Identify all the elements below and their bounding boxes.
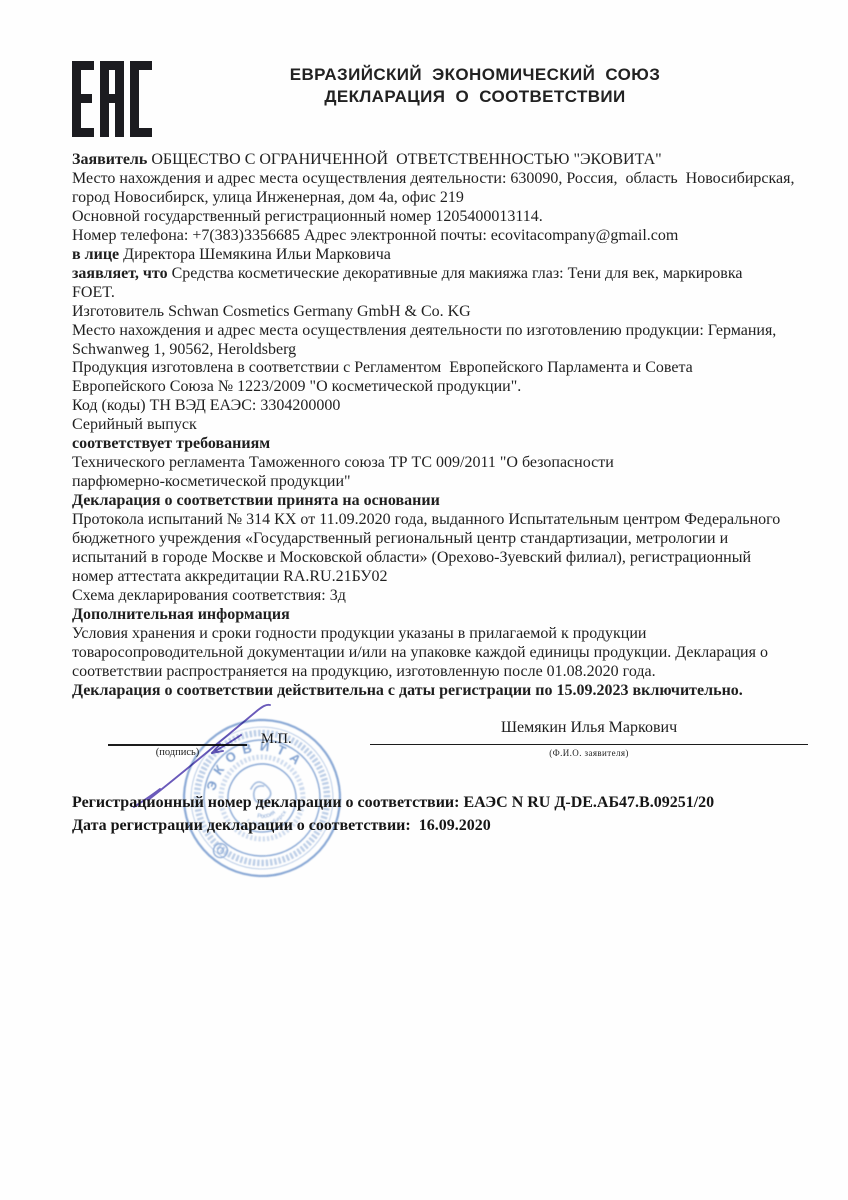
union-name-title: ЕВРАЗИЙСКИЙ ЭКОНОМИЧЕСКИЙ СОЮЗ (225, 64, 725, 86)
document-line: парфюмерно-косметической продукции" (72, 473, 824, 492)
document-text-bold: Декларация о соответствии принята на осн… (72, 492, 440, 509)
document-text: испытаний в городе Москве и Московской о… (72, 549, 751, 566)
document-line: город Новосибирск, улица Инженерная, дом… (72, 189, 824, 208)
document-text-bold: в лице (72, 246, 119, 263)
document-text: Продукция изготовлена в соответствии с Р… (72, 359, 693, 376)
document-line: Код (коды) ТН ВЭД ЕАЭС: 3304200000 (72, 397, 824, 416)
document-text: Номер телефона: +7(383)3356685 Адрес эле… (72, 227, 678, 244)
document-text: ОБЩЕСТВО С ОГРАНИЧЕННОЙ ОТВЕТСТВЕННОСТЬЮ… (147, 151, 661, 168)
document-line: Заявитель ОБЩЕСТВО С ОГРАНИЧЕННОЙ ОТВЕТС… (72, 151, 824, 170)
document-line: Место нахождения и адрес места осуществл… (72, 170, 824, 189)
registration-date-line: Дата регистрации декларации о соответств… (72, 814, 824, 837)
document-text-bold: Дополнительная информация (72, 606, 290, 623)
document-line: Декларация о соответствии принята на осн… (72, 492, 824, 511)
document-text: FOET. (72, 284, 115, 301)
document-text: Протокола испытаний № 314 КХ от 11.09.20… (72, 511, 780, 528)
document-header: ЕВРАЗИЙСКИЙ ЭКОНОМИЧЕСКИЙ СОЮЗ ДЕКЛАРАЦИ… (225, 64, 725, 108)
document-line: Условия хранения и сроки годности продук… (72, 625, 824, 644)
document-line: Номер телефона: +7(383)3356685 Адрес эле… (72, 227, 824, 246)
document-line: Изготовитель Schwan Cosmetics Germany Gm… (72, 303, 824, 322)
document-text: Европейского Союза № 1223/2009 "О космет… (72, 378, 521, 395)
document-line: Место нахождения и адрес места осуществл… (72, 322, 824, 341)
document-line: Schwanweg 1, 90562, Heroldsberg (72, 341, 824, 360)
document-text: Условия хранения и сроки годности продук… (72, 625, 646, 642)
applicant-name-line (370, 744, 808, 745)
document-text: парфюмерно-косметической продукции" (72, 473, 351, 490)
document-text: Изготовитель Schwan Cosmetics Germany Gm… (72, 303, 471, 320)
document-text: Основной государственный регистрационный… (72, 208, 543, 225)
document-text: товаросопроводительной документации и/ил… (72, 644, 768, 661)
document-line: Протокола испытаний № 314 КХ от 11.09.20… (72, 511, 824, 530)
document-line: испытаний в городе Москве и Московской о… (72, 549, 824, 568)
declaration-title: ДЕКЛАРАЦИЯ О СООТВЕТСТВИИ (225, 86, 725, 108)
document-text: Schwanweg 1, 90562, Heroldsberg (72, 341, 296, 358)
document-line: Европейского Союза № 1223/2009 "О космет… (72, 378, 824, 397)
document-line: Основной государственный регистрационный… (72, 208, 824, 227)
registration-number-line: Регистрационный номер декларации о соотв… (72, 791, 824, 814)
document-text: Средства косметические декоративные для … (168, 265, 743, 282)
document-text-bold: соответствует требованиям (72, 435, 270, 452)
document-text: Место нахождения и адрес места осуществл… (72, 170, 795, 187)
document-text: Серийный выпуск (72, 416, 197, 433)
document-line: Дополнительная информация (72, 606, 824, 625)
document-text-bold: Заявитель (72, 151, 147, 168)
document-line: заявляет, что Средства косметические дек… (72, 265, 824, 284)
document-text: Код (коды) ТН ВЭД ЕАЭС: 3304200000 (72, 397, 340, 414)
document-line: Технического регламента Таможенного союз… (72, 454, 824, 473)
document-text: Технического регламента Таможенного союз… (72, 454, 614, 471)
document-text: город Новосибирск, улица Инженерная, дом… (72, 189, 464, 206)
document-line: Серийный выпуск (72, 416, 824, 435)
document-line: бюджетного учреждения «Государственный р… (72, 530, 824, 549)
document-body: Заявитель ОБЩЕСТВО С ОГРАНИЧЕННОЙ ОТВЕТС… (72, 151, 824, 701)
document-line: товаросопроводительной документации и/ил… (72, 644, 824, 663)
document-text: соответствии распространяется на продукц… (72, 663, 656, 680)
document-text: номер аттестата аккредитации RA.RU.21БУ0… (72, 568, 388, 585)
eac-mark-logo (72, 61, 152, 137)
document-text: Место нахождения и адрес места осуществл… (72, 322, 776, 339)
document-line: номер аттестата аккредитации RA.RU.21БУ0… (72, 568, 824, 587)
document-line: FOET. (72, 284, 824, 303)
declaration-document-page: ЕВРАЗИЙСКИЙ ЭКОНОМИЧЕСКИЙ СОЮЗ ДЕКЛАРАЦИ… (0, 0, 848, 1200)
document-line: в лице Директора Шемякина Ильи Марковича (72, 246, 824, 265)
document-text-bold: заявляет, что (72, 265, 168, 282)
document-line: соответствует требованиям (72, 435, 824, 454)
applicant-name: Шемякин Илья Маркович (370, 719, 808, 737)
applicant-name-caption: (Ф.И.О. заявителя) (370, 748, 808, 758)
document-line: соответствии распространяется на продукц… (72, 663, 824, 682)
document-text: Схема декларирования соответствия: 3д (72, 587, 346, 604)
document-text: бюджетного учреждения «Государственный р… (72, 530, 728, 547)
document-line: Продукция изготовлена в соответствии с Р… (72, 359, 824, 378)
registration-block: Регистрационный номер декларации о соотв… (72, 791, 824, 837)
document-line: Схема декларирования соответствия: 3д (72, 587, 824, 606)
document-text: Директора Шемякина Ильи Марковича (119, 246, 391, 263)
